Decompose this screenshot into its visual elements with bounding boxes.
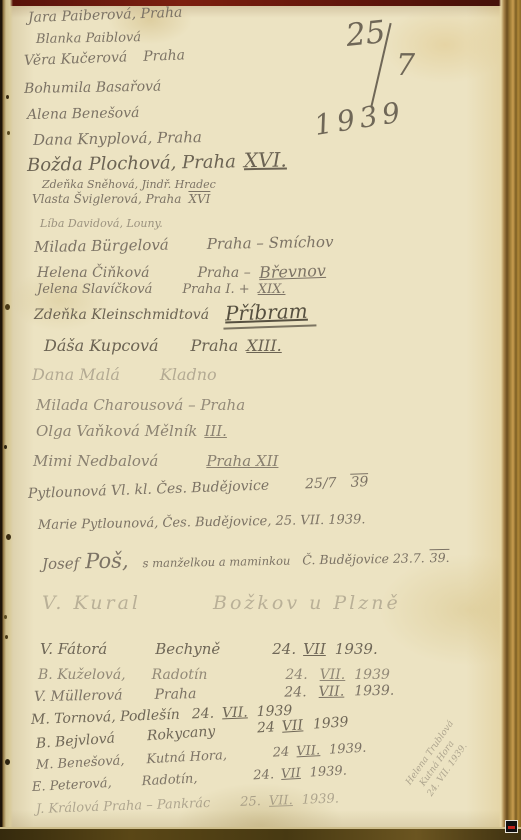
- guestbook-entry: Dana Knyplová, Praha: [33, 128, 202, 149]
- entry-text: VII.: [320, 667, 346, 683]
- scan-watermark-icon: [505, 820, 518, 833]
- entry-text: Božkov u Plzně: [213, 592, 401, 614]
- date-year: 1939: [312, 95, 407, 142]
- book-cover-bottom-edge: [0, 827, 521, 840]
- guestbook-entry: V. FátoráBechyně24.VII1939.: [40, 640, 378, 658]
- guestbook-entry: Mimi NedbalováPraha XII: [33, 452, 278, 470]
- corner-note: Helena Trublová Kutná Hora 24. VII. 1939…: [403, 719, 476, 802]
- entry-text: VII.: [222, 704, 248, 721]
- entry-text: 25.: [240, 794, 261, 810]
- guestbook-entry: Zdeňka KleinschmidtováPříbram: [34, 300, 316, 328]
- entry-text: 1939.: [309, 764, 347, 781]
- entry-text: Mimi Nedbalová: [33, 452, 158, 470]
- entry-text: VII: [281, 717, 303, 734]
- entry-text: Praha –: [197, 265, 250, 281]
- entry-text: Marie Pytlounová, Čes. Budějovice, 25. V…: [38, 512, 366, 533]
- entry-text: Alena Benešová: [27, 105, 140, 123]
- entry-text: Praha: [154, 686, 196, 703]
- guestbook-entry: B. Kuželová,Radotín24.VII.1939: [38, 667, 390, 683]
- entry-text: Vlasta Šviglerová, Praha: [32, 192, 181, 206]
- entry-text: Bechyně: [155, 640, 220, 658]
- entry-text: Milada Charousová – Praha: [36, 396, 245, 414]
- entry-text: Jelena Slavíčková: [37, 282, 152, 297]
- minus-bar-icon: [508, 826, 515, 829]
- entry-text: Poš,: [85, 548, 129, 573]
- guestbook-entry: Milada Charousová – Praha: [36, 396, 245, 414]
- entry-text: 24.: [285, 667, 307, 683]
- guestbook-entry: Dana MaláKladno: [32, 365, 217, 384]
- entry-text: Rokycany: [146, 723, 215, 744]
- guestbook-entry: V. MüllerováPraha24.VII.1939.: [34, 683, 395, 705]
- entry-text: 1939.: [335, 640, 378, 658]
- entry-text: J. Králová Praha – Pankrác: [36, 796, 211, 817]
- guestbook-entry: Jara Paiberová, Praha: [28, 5, 183, 26]
- guestbook-entry: Helena ČiňkováPraha –Břevnov: [37, 262, 326, 281]
- guestbook-entry: Blanka Paiblová: [36, 30, 141, 47]
- guestbook-entry: Vlasta Šviglerová, PrahaXVI: [32, 192, 210, 206]
- entry-text: Radotín: [152, 667, 208, 683]
- entry-text: Kutná Hora,: [146, 748, 227, 767]
- guestbook-entry: Líba Davidová, Louny.: [40, 217, 163, 230]
- entry-text: 1939: [354, 667, 390, 683]
- entry-text: 24: [272, 745, 289, 761]
- guestbook-entry: Alena Benešová: [27, 105, 140, 123]
- page-block-edge: [499, 0, 521, 840]
- entry-text: XIX.: [258, 282, 286, 297]
- entry-text: III.: [204, 422, 227, 440]
- entry-text: Kladno: [160, 365, 217, 384]
- date-month: 7: [396, 48, 415, 83]
- entry-text: Praha: [191, 336, 239, 355]
- entry-text: 25/7: [305, 475, 337, 492]
- entry-text: XVI.: [244, 147, 287, 172]
- entry-text: M. Tornová, Podlešín: [31, 707, 180, 728]
- entry-text: Olga Vaňková Mělník: [36, 422, 197, 440]
- guestbook-entry: Marie Pytlounová, Čes. Budějovice, 25. V…: [38, 512, 366, 533]
- entry-text: 24.: [192, 706, 215, 723]
- binding-specks: [6, 95, 9, 99]
- entry-text: V. Müllerová: [34, 687, 123, 705]
- entry-text: 39: [350, 474, 368, 491]
- entry-text: Zdeňka Sněhová, Jindř. Hradec: [42, 178, 216, 191]
- entry-text: Josef: [42, 554, 79, 573]
- entry-text: Praha: [143, 47, 185, 64]
- entry-text: E. Peterová,: [32, 776, 112, 795]
- entry-text: V. Kural: [42, 592, 141, 614]
- entry-text: VII.: [269, 793, 293, 809]
- entry-text: B. Kuželová,: [38, 667, 126, 683]
- entry-text: Bohumila Basařová: [24, 79, 162, 97]
- entry-text: Jara Paiberová, Praha: [28, 5, 183, 26]
- guestbook-entry: Jelena SlavíčkováPraha I. +XIX.: [37, 282, 285, 297]
- guestbook-entry: Bohumila Basařová: [24, 79, 162, 97]
- entry-text: Helena Čiňková: [37, 265, 149, 281]
- scanned-guestbook-page: 25 7 1939 Jara Paiberová, Praha Blanka P…: [0, 0, 521, 840]
- entry-text: Líba Davidová, Louny.: [40, 217, 163, 230]
- entry-text: Praha I. +: [182, 282, 249, 297]
- entry-text: Zdeňka Kleinschmidtová: [34, 307, 209, 323]
- entry-text: B. Bejvlová: [35, 730, 115, 751]
- entry-text: Dana Knyplová, Praha: [33, 128, 202, 149]
- entry-text: Břevnov: [258, 261, 326, 282]
- entry-text: Praha XII: [206, 452, 278, 470]
- entry-text: 1939: [312, 714, 349, 732]
- entry-text: Věra Kučerová: [24, 49, 128, 69]
- entry-text: Blanka Paiblová: [36, 30, 141, 47]
- book-cover-top-edge: [0, 0, 521, 6]
- entry-text: 1939.: [354, 683, 394, 700]
- entry-text: M. Benešová,: [36, 753, 125, 773]
- entry-text: Dáša Kupcová: [44, 336, 159, 355]
- entry-text: Č. Budějovice 23.7.: [302, 550, 425, 567]
- entry-text: s manželkou a maminkou: [142, 554, 290, 571]
- entry-text: 24: [257, 719, 276, 736]
- guestbook-entry: Zdeňka Sněhová, Jindř. Hradec: [42, 178, 216, 191]
- entry-text: Božda Plochová, Praha: [27, 151, 236, 176]
- entry-text: Pytlounová Vl. kl. Čes. Budějovice: [28, 478, 270, 502]
- entry-text: VII: [303, 640, 326, 658]
- guestbook-entry: Věra KučerováPraha: [24, 47, 186, 69]
- entry-text: 1939.: [329, 741, 367, 758]
- entry-text: Praha – Smíchov: [207, 233, 334, 253]
- guestbook-entry: V. KuralBožkov u Plzně: [42, 592, 401, 614]
- entry-text: 24.: [272, 640, 296, 658]
- guestbook-entry: Milada BürgelováPraha – Smíchov: [34, 233, 334, 256]
- guestbook-entry: J. Králová Praha – Pankrác25.VII.1939.: [36, 791, 339, 817]
- entry-text: VII.: [296, 743, 321, 759]
- entry-text: Radotín,: [141, 771, 198, 789]
- binding-gutter: [0, 0, 13, 840]
- entry-text: VII.: [318, 684, 344, 700]
- entry-text: XVI: [188, 192, 210, 206]
- entry-text: XIII.: [246, 336, 281, 355]
- entry-text: Dana Malá: [32, 365, 120, 384]
- guestbook-entry: Olga Vaňková MělníkIII.: [36, 422, 227, 440]
- entry-text: 39.: [430, 550, 450, 565]
- entry-text: VII: [281, 766, 301, 782]
- guestbook-entry: Božda Plochová, PrahaXVI.: [27, 147, 287, 176]
- entry-text: 1939.: [301, 791, 339, 807]
- guestbook-entry: Dáša KupcováPrahaXIII.: [44, 336, 282, 355]
- entry-text: 24.: [253, 767, 274, 783]
- entry-text: Milada Bürgelová: [34, 236, 169, 256]
- entry-text: 24.: [284, 684, 307, 700]
- entry-text: Příbram: [223, 298, 317, 329]
- entry-text: V. Fátorá: [40, 640, 107, 658]
- date-day: 25: [344, 14, 387, 54]
- guestbook-entry: Pytlounová Vl. kl. Čes. Budějovice25/739: [28, 474, 369, 502]
- guestbook-entry: JosefPoš,s manželkou a maminkouČ. Budějo…: [42, 543, 450, 574]
